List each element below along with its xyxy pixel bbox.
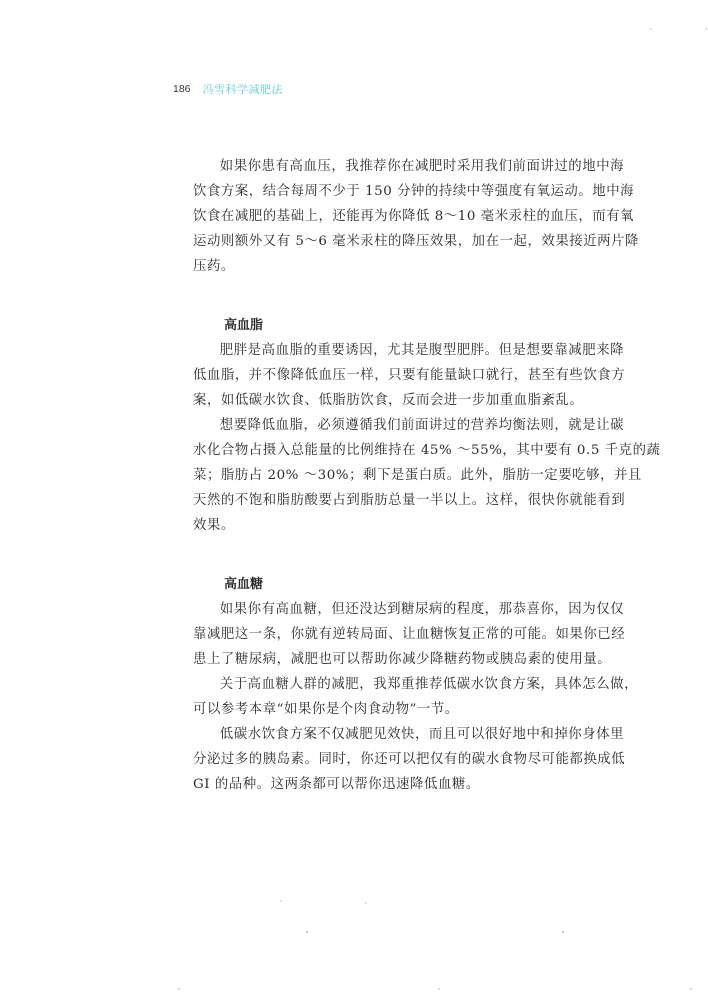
scan-speck bbox=[365, 902, 367, 904]
paragraph-hypertension: 如果你患有高血压，我推荐你在减肥时采用我们前面讲过的地中海 饮食方案，结合每周不… bbox=[193, 154, 623, 279]
scan-speck bbox=[650, 28, 652, 30]
section-heading-hyperlipidemia: 高血脂 bbox=[193, 313, 623, 338]
text-line: 如果你有高血糖，但还没达到糖尿病的程度，那恭喜你，因为仅仅 bbox=[193, 597, 623, 622]
paragraph-hyperlipidemia-1: 肥胖是高血脂的重要诱因，尤其是腹型肥胖。但是想要靠减肥来降 低血脂，并不像降低血… bbox=[193, 338, 623, 413]
scan-speck bbox=[280, 900, 282, 902]
scan-speck bbox=[306, 931, 308, 933]
text-line: 靠减肥这一条，你就有逆转局面、让血糖恢复正常的可能。如果你已经 bbox=[193, 622, 623, 647]
scan-speck bbox=[705, 28, 707, 30]
paragraph-hyperlipidemia-2: 想要降低血脂，必须遵循我们前面讲过的营养均衡法则，就是让碳 水化合物占摄入总能量… bbox=[193, 413, 623, 538]
text-line: 饮食在减肥的基础上，还能再为你降低 8～10 毫米汞柱的血压，而有氧 bbox=[193, 204, 623, 229]
text-line: 菜；脂肪占 20% ～30%；剩下是蛋白质。此外，脂肪一定要吃够，并且 bbox=[193, 463, 623, 488]
text-line: 水化合物占摄入总能量的比例维持在 45% ～55%，其中要有 0.5 千克的蔬 bbox=[193, 438, 623, 463]
text-line: 低碳水饮食方案不仅减肥见效快，而且可以很好地中和掉你身体里 bbox=[193, 722, 623, 747]
text-line: 想要降低血脂，必须遵循我们前面讲过的营养均衡法则，就是让碳 bbox=[193, 413, 623, 438]
paragraph-hyperglycemia-1: 如果你有高血糖，但还没达到糖尿病的程度，那恭喜你，因为仅仅 靠减肥这一条，你就有… bbox=[193, 597, 623, 672]
page-number: 186 bbox=[173, 83, 191, 95]
scan-speck bbox=[562, 931, 564, 933]
book-title: 冯雪科学减肥法 bbox=[203, 81, 284, 97]
text-line: 可以参考本章“如果你是个肉食动物”一节。 bbox=[193, 697, 623, 722]
running-header: 186 冯雪科学减肥法 bbox=[173, 80, 283, 98]
page-body: 如果你患有高血压，我推荐你在减肥时采用我们前面讲过的地中海 饮食方案，结合每周不… bbox=[193, 154, 623, 797]
text-line: 运动则额外又有 5～6 毫米汞柱的降压效果，加在一起，效果接近两片降 bbox=[193, 229, 623, 254]
text-line: 天然的不饱和脂肪酸要占到脂肪总量一半以上。这样，很快你就能看到 bbox=[193, 488, 623, 513]
paragraph-hyperglycemia-3: 低碳水饮食方案不仅减肥见效快，而且可以很好地中和掉你身体里 分泌过多的胰岛素。同… bbox=[193, 722, 623, 797]
text-line: 关于高血糖人群的减肥，我郑重推荐低碳水饮食方案，具体怎么做， bbox=[193, 672, 623, 697]
text-line: 患上了糖尿病，减肥也可以帮助你减少降糖药物或胰岛素的使用量。 bbox=[193, 647, 623, 672]
text-line: 肥胖是高血脂的重要诱因，尤其是腹型肥胖。但是想要靠减肥来降 bbox=[193, 338, 623, 363]
text-line: 低血脂，并不像降低血压一样，只要有能量缺口就行，甚至有些饮食方 bbox=[193, 363, 623, 388]
text-line: 压药。 bbox=[193, 254, 623, 279]
scan-speck bbox=[690, 988, 692, 990]
text-line: 分泌过多的胰岛素。同时，你还可以把仅有的碳水食物尽可能都换成低 bbox=[193, 747, 623, 772]
paragraph-hyperglycemia-2: 关于高血糖人群的减肥，我郑重推荐低碳水饮食方案，具体怎么做， 可以参考本章“如果… bbox=[193, 672, 623, 722]
scan-speck bbox=[178, 988, 180, 990]
section-heading-hyperglycemia: 高血糖 bbox=[193, 572, 623, 597]
scan-speck bbox=[438, 988, 440, 990]
text-line: 效果。 bbox=[193, 513, 623, 538]
text-line: GI 的品种。这两条都可以帮你迅速降低血糖。 bbox=[193, 772, 623, 797]
text-line: 案，如低碳水饮食、低脂肪饮食，反而会进一步加重血脂紊乱。 bbox=[193, 388, 623, 413]
text-line: 饮食方案，结合每周不少于 150 分钟的持续中等强度有氧运动。地中海 bbox=[193, 179, 623, 204]
text-line: 如果你患有高血压，我推荐你在减肥时采用我们前面讲过的地中海 bbox=[193, 154, 623, 179]
